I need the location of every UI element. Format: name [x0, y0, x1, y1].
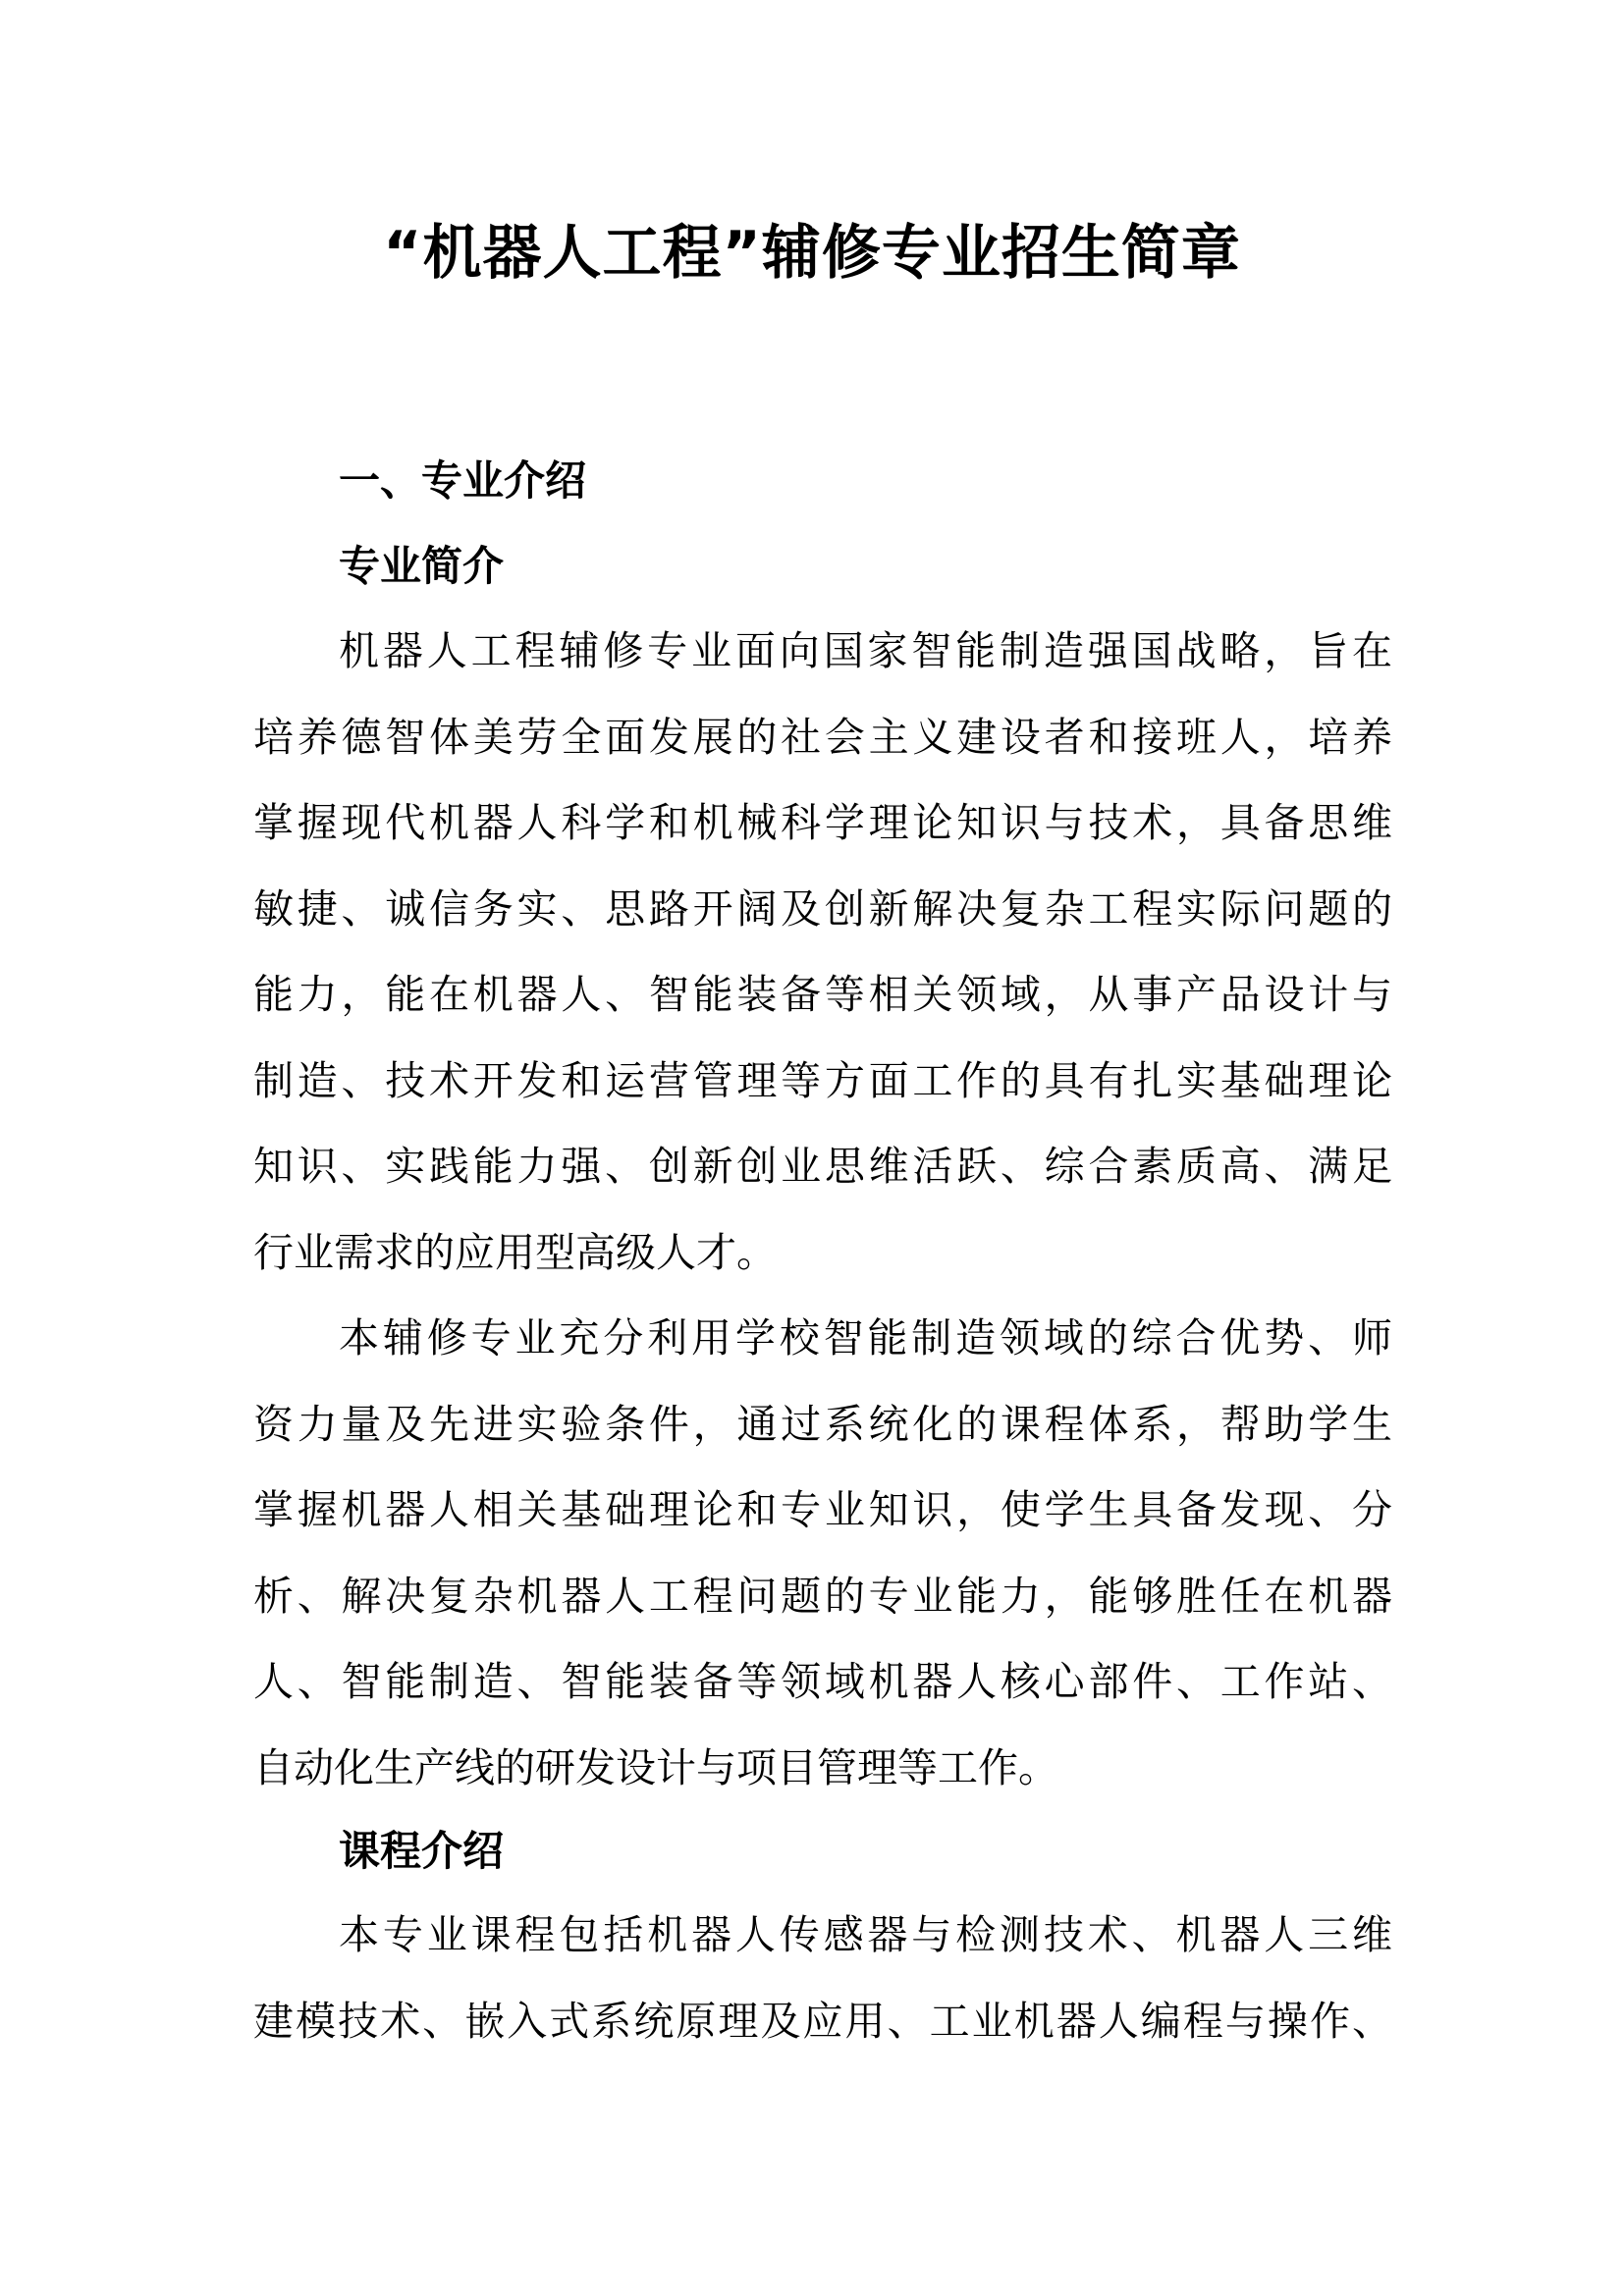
text-line: 能力，能在机器人、智能装备等相关领域，从事产品设计与: [253, 952, 1392, 1039]
text-line: 行业需求的应用型高级人才。: [253, 1210, 1392, 1297]
text-line: 资力量及先进实验条件，通过系统化的课程体系，帮助学生: [253, 1382, 1392, 1468]
text-line: 建模技术、嵌入式系统原理及应用、工业机器人编程与操作、: [253, 1979, 1392, 2065]
document-title: “机器人工程”辅修专业招生简章: [0, 218, 1624, 289]
paragraph-course-introduction: 本专业课程包括机器人传感器与检测技术、机器人三维 建模技术、嵌入式系统原理及应用…: [253, 1893, 1392, 2064]
text-line: 敏捷、诚信务实、思路开阔及创新解决复杂工程实际问题的: [253, 867, 1392, 953]
text-line: 本辅修专业充分利用学校智能制造领域的综合优势、师: [253, 1296, 1392, 1382]
text-line: 知识、实践能力强、创新创业思维活跃、综合素质高、满足: [253, 1124, 1392, 1210]
text-line: 制造、技术开发和运营管理等方面工作的具有扎实基础理论: [253, 1039, 1392, 1125]
subheading-major-overview: 专业简介: [339, 539, 504, 594]
text-line: 掌握机器人相关基础理论和专业知识，使学生具备发现、分: [253, 1468, 1392, 1554]
text-line: 培养德智体美劳全面发展的社会主义建设者和接班人，培养: [253, 695, 1392, 781]
text-line: 自动化生产线的研发设计与项目管理等工作。: [253, 1726, 1392, 1812]
section-heading-introduction: 一、专业介绍: [339, 454, 586, 508]
text-line: 本专业课程包括机器人传感器与检测技术、机器人三维: [253, 1893, 1392, 1979]
text-line: 人、智能制造、智能装备等领域机器人核心部件、工作站、: [253, 1639, 1392, 1726]
document-page: “机器人工程”辅修专业招生简章 一、专业介绍 专业简介 机器人工程辅修专业面向国…: [0, 0, 1624, 2296]
paragraph-major-overview-1: 机器人工程辅修专业面向国家智能制造强国战略，旨在 培养德智体美劳全面发展的社会主…: [253, 609, 1392, 1296]
subheading-course-introduction: 课程介绍: [339, 1824, 504, 1879]
text-line: 析、解决复杂机器人工程问题的专业能力，能够胜任在机器: [253, 1554, 1392, 1640]
paragraph-major-overview-2: 本辅修专业充分利用学校智能制造领域的综合优势、师 资力量及先进实验条件，通过系统…: [253, 1296, 1392, 1811]
text-line: 掌握现代机器人科学和机械科学理论知识与技术，具备思维: [253, 780, 1392, 867]
text-line: 机器人工程辅修专业面向国家智能制造强国战略，旨在: [253, 609, 1392, 695]
